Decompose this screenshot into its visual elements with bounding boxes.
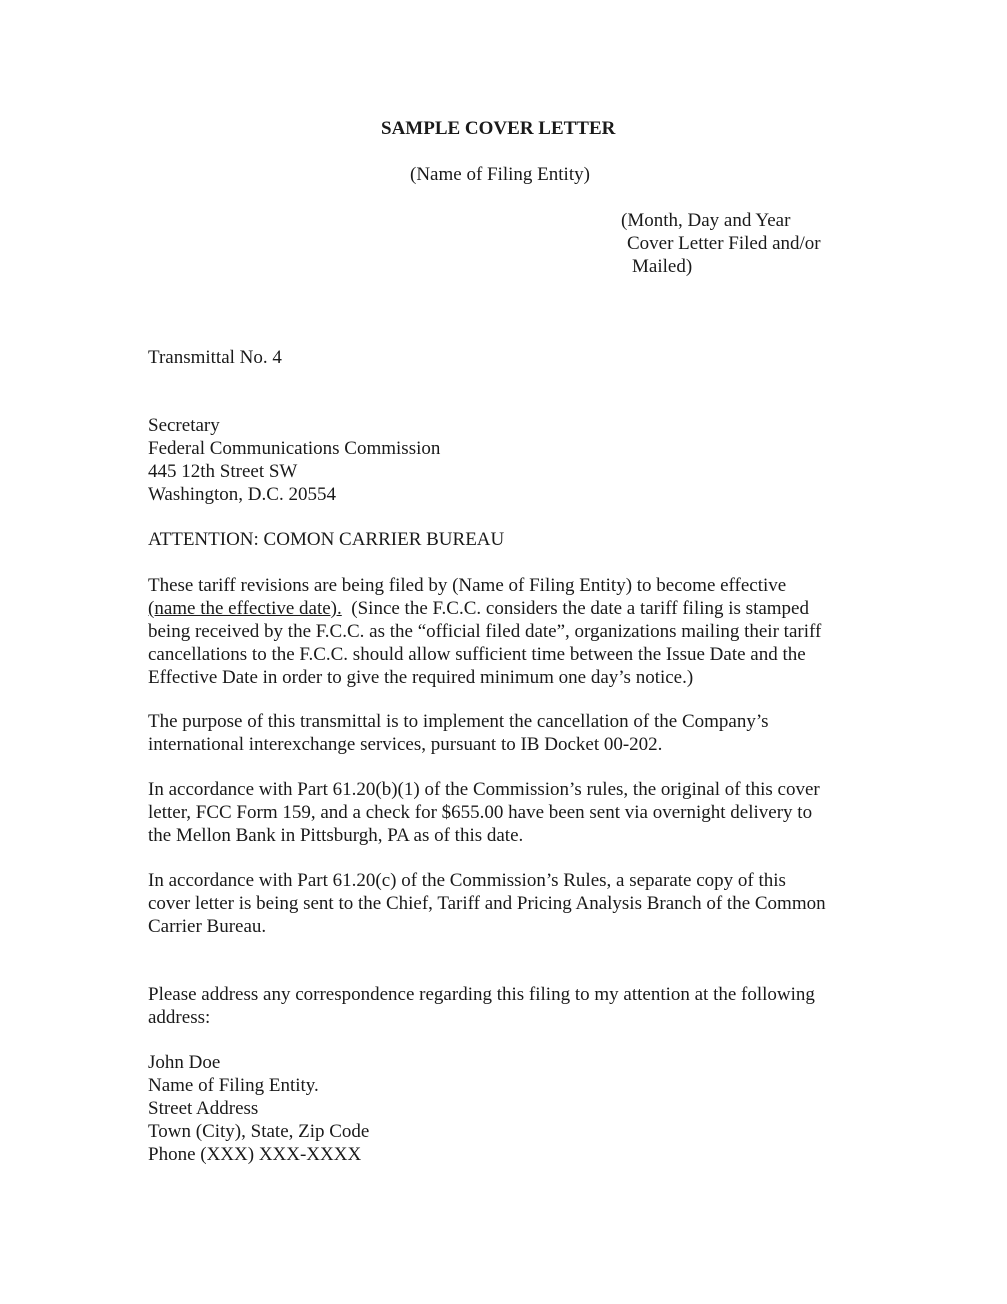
sender-line: John Doe <box>148 1051 369 1074</box>
address-line: Federal Communications Commission <box>148 437 440 460</box>
sender-line: Street Address <box>148 1097 369 1120</box>
paragraph-line: the Mellon Bank in Pittsburgh, PA as of … <box>148 824 863 847</box>
sender-line: Phone (XXX) XXX-XXXX <box>148 1143 369 1166</box>
paragraph-line: international interexchange services, pu… <box>148 733 863 756</box>
paragraph-line: cancellations to the F.C.C. should allow… <box>148 643 863 666</box>
document-title: SAMPLE COVER LETTER <box>381 118 615 140</box>
paragraph-effective-date: These tariff revisions are being filed b… <box>148 574 863 689</box>
filing-entity-header: (Name of Filing Entity) <box>410 164 590 186</box>
paragraph-line: address: <box>148 1006 863 1029</box>
date-line: Mailed) <box>621 255 821 278</box>
paragraph-copy: In accordance with Part 61.20(c) of the … <box>148 869 863 938</box>
paragraph-line: Effective Date in order to give the requ… <box>148 666 863 689</box>
paragraph-line: cover letter is being sent to the Chief,… <box>148 892 863 915</box>
address-line: Secretary <box>148 414 440 437</box>
address-line: 445 12th Street SW <box>148 460 440 483</box>
paragraph-line: These tariff revisions are being filed b… <box>148 574 863 597</box>
sender-line: Name of Filing Entity. <box>148 1074 369 1097</box>
paragraph-line: (name the effective date). (Since the F.… <box>148 597 863 620</box>
paragraph-purpose: The purpose of this transmittal is to im… <box>148 710 863 756</box>
paragraph-line: In accordance with Part 61.20(c) of the … <box>148 869 863 892</box>
paragraph-correspondence: Please address any correspondence regard… <box>148 983 863 1029</box>
date-line: Cover Letter Filed and/or <box>621 232 821 255</box>
address-line: Washington, D.C. 20554 <box>148 483 440 506</box>
date-block: (Month, Day and Year Cover Letter Filed … <box>621 209 821 278</box>
paragraph-line: Carrier Bureau. <box>148 915 863 938</box>
transmittal-number: Transmittal No. 4 <box>148 346 282 369</box>
date-line: (Month, Day and Year <box>621 209 821 232</box>
attention-line: ATTENTION: COMON CARRIER BUREAU <box>148 528 504 551</box>
paragraph-text: (Since the F.C.C. considers the date a t… <box>342 598 809 619</box>
paragraph-payment: In accordance with Part 61.20(b)(1) of t… <box>148 778 863 847</box>
paragraph-line: The purpose of this transmittal is to im… <box>148 710 863 733</box>
paragraph-line: being received by the F.C.C. as the “off… <box>148 620 863 643</box>
paragraph-line: letter, FCC Form 159, and a check for $6… <box>148 801 863 824</box>
recipient-address: Secretary Federal Communications Commiss… <box>148 414 440 506</box>
effective-date-placeholder: (name the effective date). <box>148 598 342 619</box>
paragraph-line: In accordance with Part 61.20(b)(1) of t… <box>148 778 863 801</box>
sender-address: John Doe Name of Filing Entity. Street A… <box>148 1051 369 1166</box>
paragraph-line: Please address any correspondence regard… <box>148 983 863 1006</box>
sender-line: Town (City), State, Zip Code <box>148 1120 369 1143</box>
